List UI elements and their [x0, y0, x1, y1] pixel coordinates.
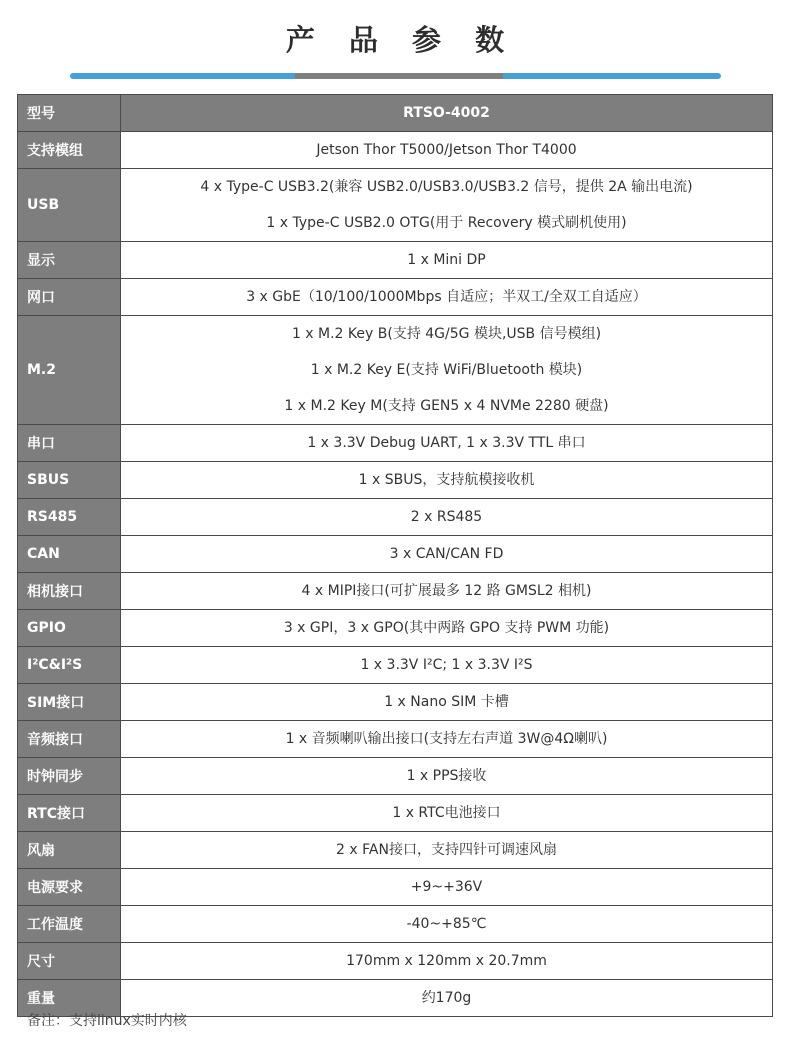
spec-label: 相机接口	[18, 573, 121, 610]
spec-value: +9~+36V	[121, 869, 772, 905]
footnote: 备注：支持linux实时内核	[27, 1010, 187, 1030]
table-row: 网口3 x GbE（10/100/1000Mbps 自适应；半双工/全双工自适应…	[18, 279, 773, 316]
spec-value: 1 x 3.3V Debug UART, 1 x 3.3V TTL 串口	[121, 425, 772, 461]
spec-value: -40~+85℃	[121, 906, 772, 942]
spec-value: 3 x GPI，3 x GPO(其中两路 GPO 支持 PWM 功能)	[121, 610, 772, 646]
spec-value-cell: +9~+36V	[121, 869, 773, 906]
spec-label: 网口	[18, 279, 121, 316]
spec-value-cell: 1 x Mini DP	[121, 242, 773, 279]
spec-label: 串口	[18, 425, 121, 462]
table-row: SIM接口1 x Nano SIM 卡槽	[18, 684, 773, 721]
table-row: 串口1 x 3.3V Debug UART, 1 x 3.3V TTL 串口	[18, 425, 773, 462]
spec-value-cell: 1 x RTC电池接口	[121, 795, 773, 832]
spec-value: 1 x SBUS，支持航模接收机	[121, 462, 772, 498]
divider-segment-left	[70, 73, 295, 79]
spec-table-body: 型号RTSO-4002支持模组Jetson Thor T5000/Jetson …	[18, 95, 773, 1017]
spec-label: SBUS	[18, 462, 121, 499]
spec-label: 音频接口	[18, 721, 121, 758]
spec-value: 1 x M.2 Key E(支持 WiFi/Bluetooth 模块)	[121, 352, 772, 388]
spec-value: 4 x Type-C USB3.2(兼容 USB2.0/USB3.0/USB3.…	[121, 169, 772, 205]
table-row: SBUS1 x SBUS，支持航模接收机	[18, 462, 773, 499]
spec-value-cell: 1 x M.2 Key B(支持 4G/5G 模块,USB 信号模组)1 x M…	[121, 316, 773, 425]
spec-value: 4 x MIPI接口(可扩展最多 12 路 GMSL2 相机)	[121, 573, 772, 609]
spec-value: 2 x FAN接口，支持四针可调速风扇	[121, 832, 772, 868]
spec-label: SIM接口	[18, 684, 121, 721]
spec-value-cell: 1 x 音频喇叭输出接口(支持左右声道 3W@4Ω喇叭)	[121, 721, 773, 758]
spec-label: RTC接口	[18, 795, 121, 832]
spec-value-cell: 4 x Type-C USB3.2(兼容 USB2.0/USB3.0/USB3.…	[121, 169, 773, 242]
spec-value: 3 x CAN/CAN FD	[121, 536, 772, 572]
spec-value-cell: 1 x 3.3V I²C; 1 x 3.3V I²S	[121, 647, 773, 684]
table-row: CAN3 x CAN/CAN FD	[18, 536, 773, 573]
spec-table: 型号RTSO-4002支持模组Jetson Thor T5000/Jetson …	[17, 94, 773, 1017]
spec-value-cell: 170mm x 120mm x 20.7mm	[121, 943, 773, 980]
divider-segment-middle	[295, 73, 503, 79]
spec-label: 型号	[18, 95, 121, 132]
spec-value-cell: 2 x RS485	[121, 499, 773, 536]
table-row: 相机接口4 x MIPI接口(可扩展最多 12 路 GMSL2 相机)	[18, 573, 773, 610]
table-row: M.21 x M.2 Key B(支持 4G/5G 模块,USB 信号模组)1 …	[18, 316, 773, 425]
spec-label: M.2	[18, 316, 121, 425]
spec-value-cell: Jetson Thor T5000/Jetson Thor T4000	[121, 132, 773, 169]
spec-value: 3 x GbE（10/100/1000Mbps 自适应；半双工/全双工自适应）	[121, 279, 772, 315]
title-divider-bar	[70, 73, 721, 79]
table-row: I²C&I²S1 x 3.3V I²C; 1 x 3.3V I²S	[18, 647, 773, 684]
spec-label: I²C&I²S	[18, 647, 121, 684]
spec-value: 1 x Mini DP	[121, 242, 772, 278]
spec-value-cell: 3 x GPI，3 x GPO(其中两路 GPO 支持 PWM 功能)	[121, 610, 773, 647]
table-row: 电源要求+9~+36V	[18, 869, 773, 906]
spec-value: 2 x RS485	[121, 499, 772, 535]
spec-value-cell: -40~+85℃	[121, 906, 773, 943]
spec-value-cell: 1 x SBUS，支持航模接收机	[121, 462, 773, 499]
table-row: 工作温度-40~+85℃	[18, 906, 773, 943]
table-row: USB4 x Type-C USB3.2(兼容 USB2.0/USB3.0/US…	[18, 169, 773, 242]
spec-value: RTSO-4002	[121, 95, 772, 131]
spec-value: 1 x 音频喇叭输出接口(支持左右声道 3W@4Ω喇叭)	[121, 721, 772, 757]
page-title: 产 品 参 数	[0, 18, 790, 59]
table-header-row: 型号RTSO-4002	[18, 95, 773, 132]
spec-value: 1 x PPS接收	[121, 758, 772, 794]
spec-label: CAN	[18, 536, 121, 573]
spec-value-cell: 1 x Nano SIM 卡槽	[121, 684, 773, 721]
spec-value: 1 x Type-C USB2.0 OTG(用于 Recovery 模式刷机使用…	[121, 205, 772, 241]
spec-label: 时钟同步	[18, 758, 121, 795]
spec-value-cell: 1 x 3.3V Debug UART, 1 x 3.3V TTL 串口	[121, 425, 773, 462]
spec-value-cell: 3 x GbE（10/100/1000Mbps 自适应；半双工/全双工自适应）	[121, 279, 773, 316]
table-row: 音频接口1 x 音频喇叭输出接口(支持左右声道 3W@4Ω喇叭)	[18, 721, 773, 758]
spec-value: Jetson Thor T5000/Jetson Thor T4000	[121, 132, 772, 168]
spec-value: 约170g	[121, 980, 772, 1016]
table-row: 时钟同步1 x PPS接收	[18, 758, 773, 795]
spec-value: 1 x 3.3V I²C; 1 x 3.3V I²S	[121, 647, 772, 683]
spec-label: 电源要求	[18, 869, 121, 906]
spec-value-cell: 3 x CAN/CAN FD	[121, 536, 773, 573]
spec-label: RS485	[18, 499, 121, 536]
table-row: 尺寸170mm x 120mm x 20.7mm	[18, 943, 773, 980]
spec-label: 显示	[18, 242, 121, 279]
spec-label: 工作温度	[18, 906, 121, 943]
table-row: GPIO3 x GPI，3 x GPO(其中两路 GPO 支持 PWM 功能)	[18, 610, 773, 647]
spec-label: 风扇	[18, 832, 121, 869]
spec-value: 1 x Nano SIM 卡槽	[121, 684, 772, 720]
spec-value-cell: 2 x FAN接口，支持四针可调速风扇	[121, 832, 773, 869]
spec-label: USB	[18, 169, 121, 242]
table-row: 风扇2 x FAN接口，支持四针可调速风扇	[18, 832, 773, 869]
spec-label: 支持模组	[18, 132, 121, 169]
table-row: RS4852 x RS485	[18, 499, 773, 536]
divider-segment-right	[503, 73, 721, 79]
spec-value: 170mm x 120mm x 20.7mm	[121, 943, 772, 979]
spec-value: 1 x M.2 Key B(支持 4G/5G 模块,USB 信号模组)	[121, 316, 772, 352]
spec-value-cell: RTSO-4002	[121, 95, 773, 132]
table-row: 显示1 x Mini DP	[18, 242, 773, 279]
spec-value-cell: 约170g	[121, 980, 773, 1017]
table-row: 支持模组Jetson Thor T5000/Jetson Thor T4000	[18, 132, 773, 169]
spec-value: 1 x M.2 Key M(支持 GEN5 x 4 NVMe 2280 硬盘)	[121, 388, 772, 424]
table-row: RTC接口1 x RTC电池接口	[18, 795, 773, 832]
spec-label: 尺寸	[18, 943, 121, 980]
spec-value-cell: 4 x MIPI接口(可扩展最多 12 路 GMSL2 相机)	[121, 573, 773, 610]
spec-value-cell: 1 x PPS接收	[121, 758, 773, 795]
spec-label: GPIO	[18, 610, 121, 647]
spec-value: 1 x RTC电池接口	[121, 795, 772, 831]
